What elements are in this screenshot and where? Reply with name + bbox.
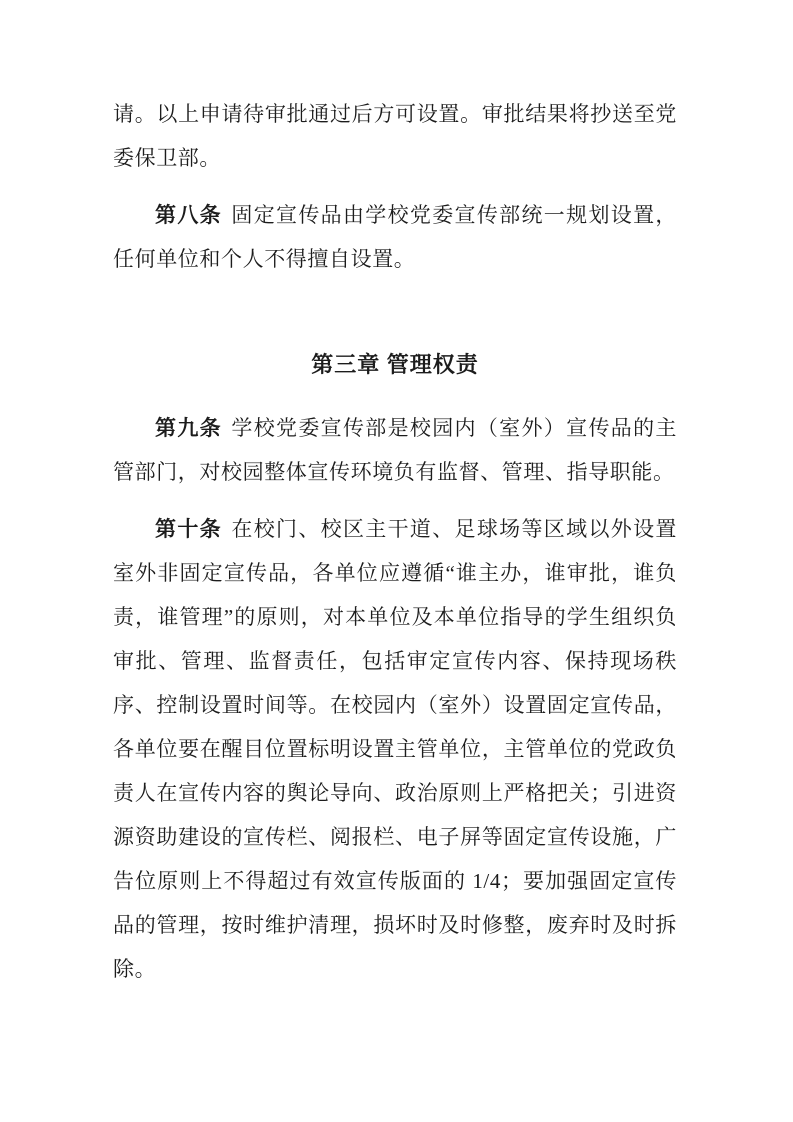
- paragraph-article-10: 第十条在校门、校区主干道、足球场等区域以外设置室外非固定宣传品，各单位应遵循“谁…: [113, 507, 677, 991]
- article-number: 第九条: [155, 416, 222, 440]
- article-number: 第八条: [155, 203, 222, 227]
- chapter-heading: 第三章 管理权责: [113, 343, 677, 387]
- paragraph-text: 在校门、校区主干道、足球场等区域以外设置室外非固定宣传品，各单位应遵循“谁主办，…: [113, 517, 677, 981]
- paragraph-article-8: 第八条固定宣传品由学校党委宣传部统一规划设置，任何单位和个人不得擅自设置。: [113, 193, 677, 281]
- document-page: 请。以上申请待审批通过后方可设置。审批结果将抄送至党委保卫部。 第八条固定宣传品…: [0, 0, 793, 1122]
- paragraph-article-9: 第九条学校党委宣传部是校园内（室外）宣传品的主管部门，对校园整体宣传环境负有监督…: [113, 406, 677, 494]
- paragraph-text: 请。以上申请待审批通过后方可设置。审批结果将抄送至党委保卫部。: [113, 102, 677, 170]
- paragraph-continuation: 请。以上申请待审批通过后方可设置。审批结果将抄送至党委保卫部。: [113, 92, 677, 180]
- article-number: 第十条: [155, 517, 222, 541]
